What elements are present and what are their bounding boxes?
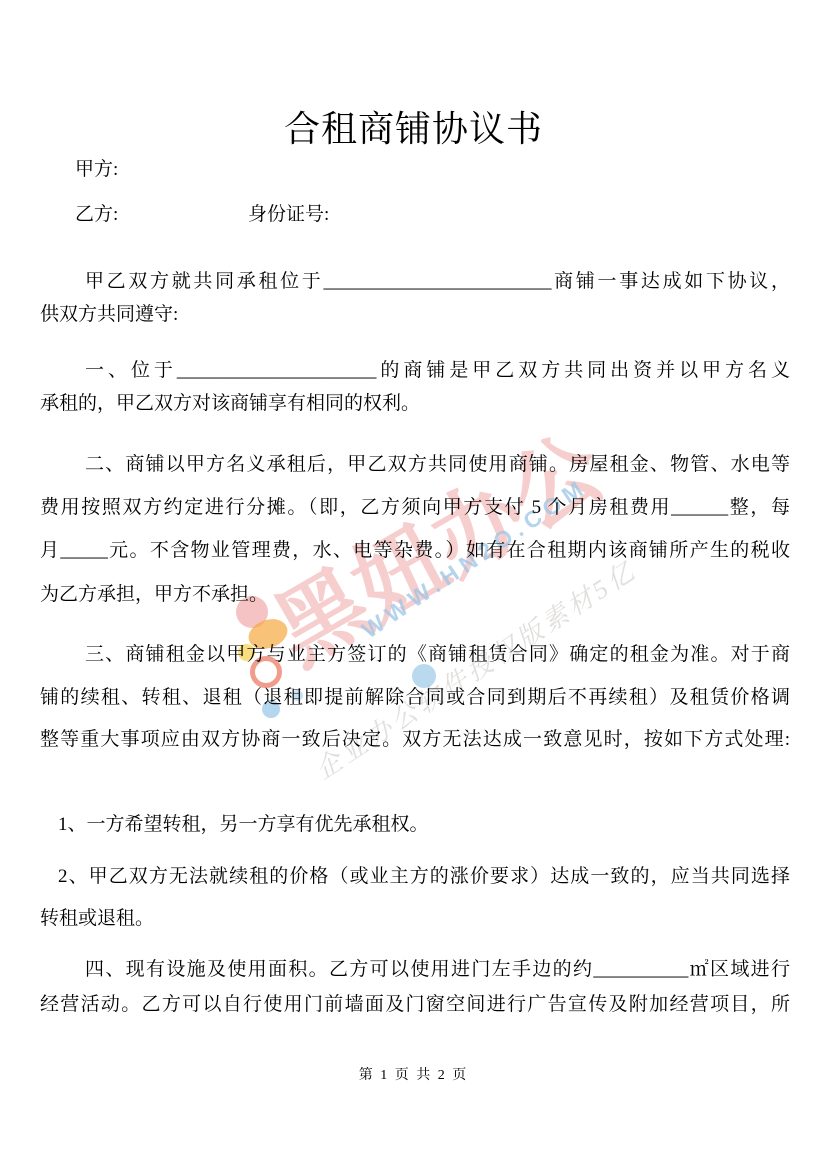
- page-number-footer: 第 1 页 共 2 页: [0, 1064, 827, 1084]
- body-line: 三、商铺租金以甲方与业主方签订的《商铺租赁合同》确定的租金为准。对于商: [40, 641, 790, 668]
- party-b-label: 乙方:: [75, 201, 118, 228]
- body-line: 费用按照双方约定进行分摊。（即，乙方须向甲方支付 5 个月房租费用______整…: [40, 494, 790, 521]
- body-line: 四、现有设施及使用面积。乙方可以使用进门左手边的约__________㎡区域进行: [40, 956, 790, 983]
- body-line: 整等重大事项应由双方协商一致后决定。双方无法达成一致意见时，按如下方式处理:: [40, 726, 790, 753]
- document-title: 合租商铺协议书: [0, 108, 827, 151]
- id-number-label: 身份证号:: [248, 201, 329, 228]
- body-line: 甲乙双方就共同承租位于________________________商铺一事达…: [40, 268, 790, 295]
- body-line: 承租的，甲乙双方对该商铺享有相同的权利。: [40, 390, 420, 417]
- body-line: 转租或退租。: [40, 905, 154, 932]
- body-line: 铺的续租、转租、退租（退租即提前解除合同或合同到期后不再续租）及租赁价格调: [40, 684, 790, 711]
- body-line: 供双方共同遵守:: [40, 301, 178, 328]
- body-line: 为乙方承担，甲方不承担。: [40, 581, 268, 608]
- body-line: 2、甲乙双方无法就续租的价格（或业主方的涨价要求）达成一致的，应当共同选择: [40, 863, 790, 890]
- document-page: 合租商铺协议书 甲方: 乙方: 身份证号: 甲乙双方就共同承租位于_______…: [0, 0, 827, 1169]
- body-line: 一、位于_____________________的商铺是甲乙双方共同出资并以甲…: [40, 357, 790, 384]
- body-line: 二、商铺以甲方名义承租后，甲乙双方共同使用商铺。房屋租金、物管、水电等: [40, 451, 790, 478]
- body-line: 经营活动。乙方可以自行使用门前墙面及门窗空间进行广告宣传及附加经营项目，所: [40, 991, 790, 1018]
- body-line: 月_____元。不含物业管理费，水、电等杂费。）如有在合租期内该商铺所产生的税收: [40, 537, 790, 564]
- party-a-label: 甲方:: [75, 156, 118, 183]
- body-line: 1、一方希望转租，另一方享有优先承租权。: [58, 811, 429, 838]
